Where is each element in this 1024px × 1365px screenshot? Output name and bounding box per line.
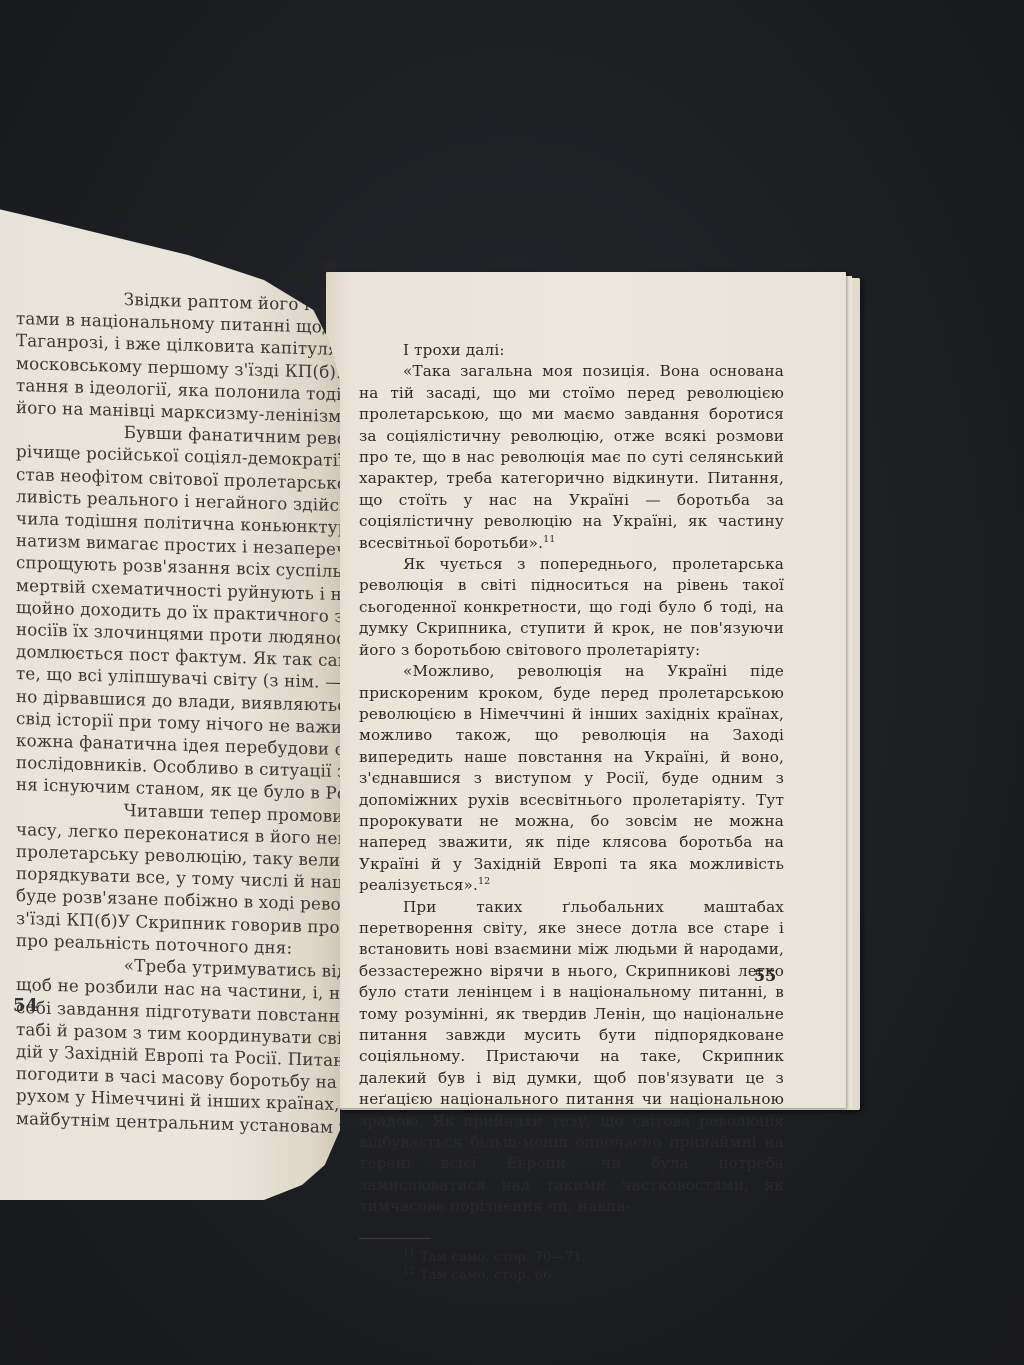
footnote: 11 Там само, стор. 70—71.: [403, 1249, 784, 1267]
page-number: 55: [754, 966, 776, 985]
footnote-ref[interactable]: 12: [478, 876, 490, 887]
paragraph: Як чується з попереднього, пролетарська …: [359, 554, 784, 661]
page-number: 54: [13, 995, 38, 1016]
footnote-text: Там само, стор. 66.: [420, 1268, 556, 1283]
quote-paragraph: «Можливо, революція на Україні піде прис…: [359, 661, 784, 896]
paragraph-text: «Можливо, революція на Україні піде прис…: [359, 662, 784, 894]
right-page-body: І трохи далі: «Така загальна моя позиція…: [359, 340, 784, 1285]
quote-paragraph: «Така загальна моя позиція. Вона основан…: [359, 361, 784, 554]
footnote-ref[interactable]: 11: [543, 534, 555, 545]
paragraph-text: «Така загальна моя позиція. Вона основан…: [359, 362, 784, 551]
paragraph: І трохи далі:: [359, 340, 784, 361]
paragraph-text: І трохи далі:: [403, 341, 505, 359]
footnote-divider: [359, 1238, 431, 1239]
paragraph-text: При таких ґльобальних маштабах перетворе…: [359, 898, 784, 1216]
footnotes: 11 Там само, стор. 70—71. 12 Там само, с…: [359, 1249, 784, 1285]
right-page: І трохи далі: «Така загальна моя позиція…: [326, 272, 846, 1108]
left-page-body: Звідки раптом його готовість до компромі…: [16, 286, 340, 1140]
photo-scene: І трохи далі: «Така загальна моя позиція…: [0, 0, 1024, 1365]
paragraph-text: Як чується з попереднього, пролетарська …: [359, 555, 784, 659]
footnote: 12 Там само, стор. 66.: [403, 1267, 784, 1285]
footnote-number: 11: [403, 1247, 415, 1258]
left-page: Звідки раптом його готовість до компромі…: [0, 200, 340, 1200]
footnote-number: 12: [403, 1265, 415, 1276]
footnote-text: Там само, стор. 70—71.: [420, 1250, 587, 1265]
paragraph: При таких ґльобальних маштабах перетворе…: [359, 897, 784, 1218]
